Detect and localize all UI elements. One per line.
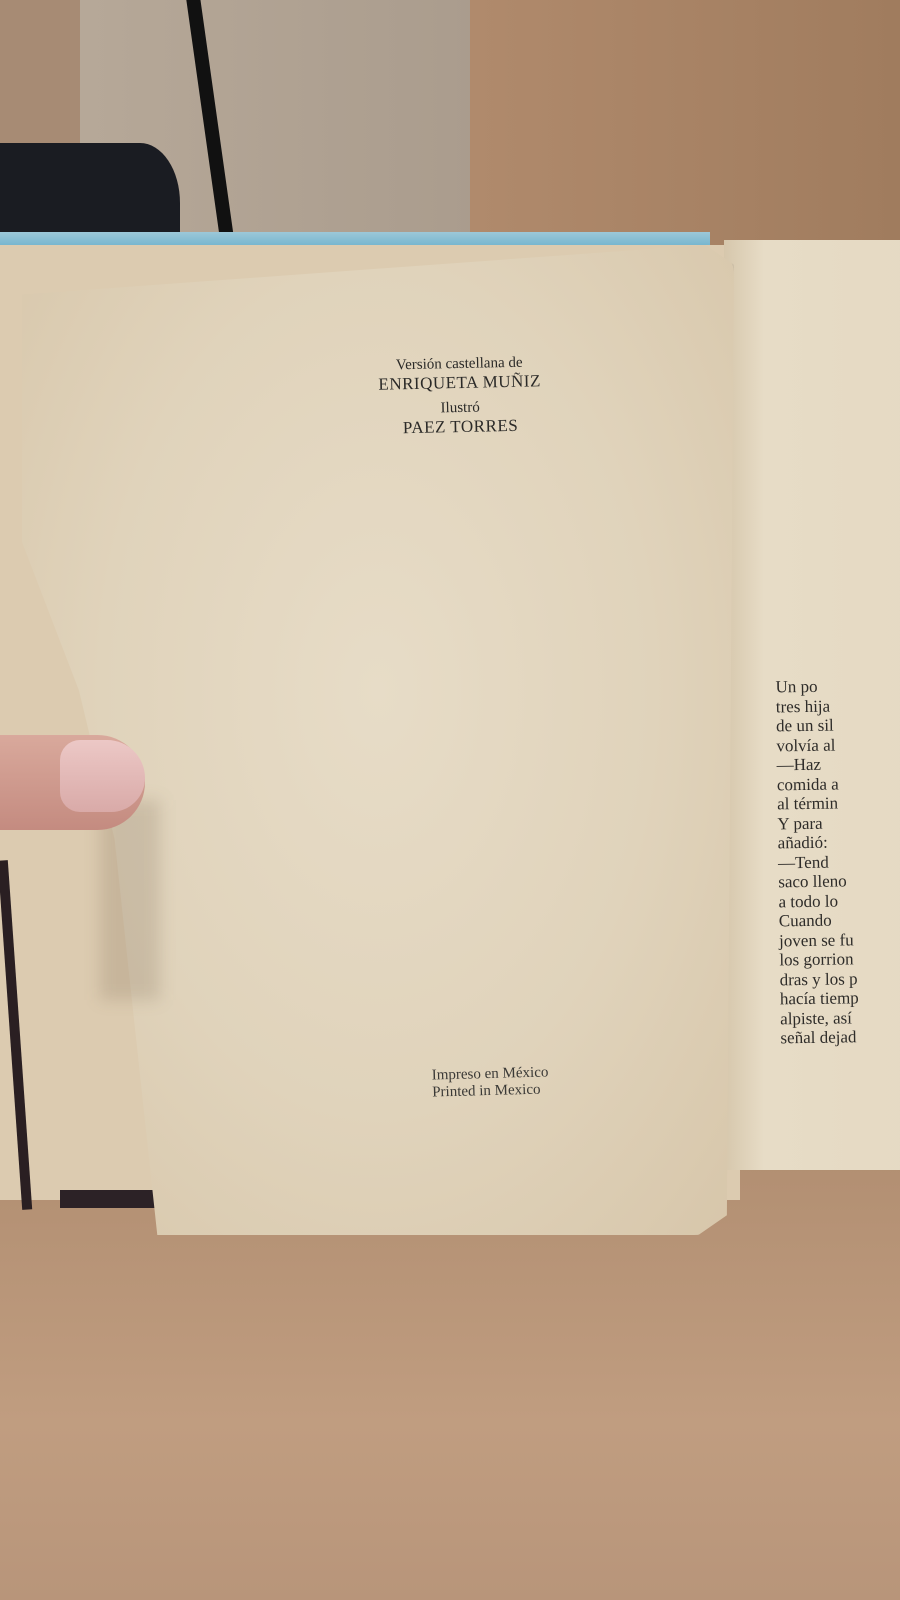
text-line: alpiste, así	[780, 1006, 900, 1028]
thumbnail	[60, 740, 145, 812]
text-line: a todo lo	[778, 889, 900, 911]
text-line: —Tend	[778, 850, 900, 872]
text-line: Un po	[775, 675, 900, 697]
background-paper-backdrop	[470, 0, 900, 260]
text-line: hacía tiemp	[780, 987, 900, 1009]
text-line: —Haz	[777, 753, 900, 775]
translator-name: ENRIQUETA MUÑIZ	[329, 370, 589, 396]
right-page-text: Un po tres hija de un sil volvía al —Haz…	[775, 675, 900, 1048]
thumb-shadow	[100, 800, 160, 1000]
text-line: Y para	[777, 811, 900, 833]
text-line: al términ	[777, 792, 900, 814]
text-line: Cuando	[779, 909, 900, 931]
text-line: comida a	[777, 772, 900, 794]
text-line: tres hija	[776, 694, 900, 716]
text-line: saco lleno	[778, 870, 900, 892]
imprint-english: Printed in Mexico	[432, 1082, 549, 1102]
text-line: joven se fu	[779, 928, 900, 950]
imprint-block: Impreso en México Printed in Mexico	[432, 1064, 550, 1102]
text-line: de un sil	[776, 714, 900, 736]
text-line: los gorrion	[779, 948, 900, 970]
text-line: dras y los p	[780, 967, 900, 989]
credits-block: Versión castellana de ENRIQUETA MUÑIZ Il…	[329, 352, 591, 446]
text-line: volvía al	[776, 733, 900, 755]
text-line: señal dejad	[780, 1026, 900, 1048]
text-line: añadió:	[778, 831, 900, 853]
illustrator-name: PAEZ TORRES	[330, 415, 590, 441]
